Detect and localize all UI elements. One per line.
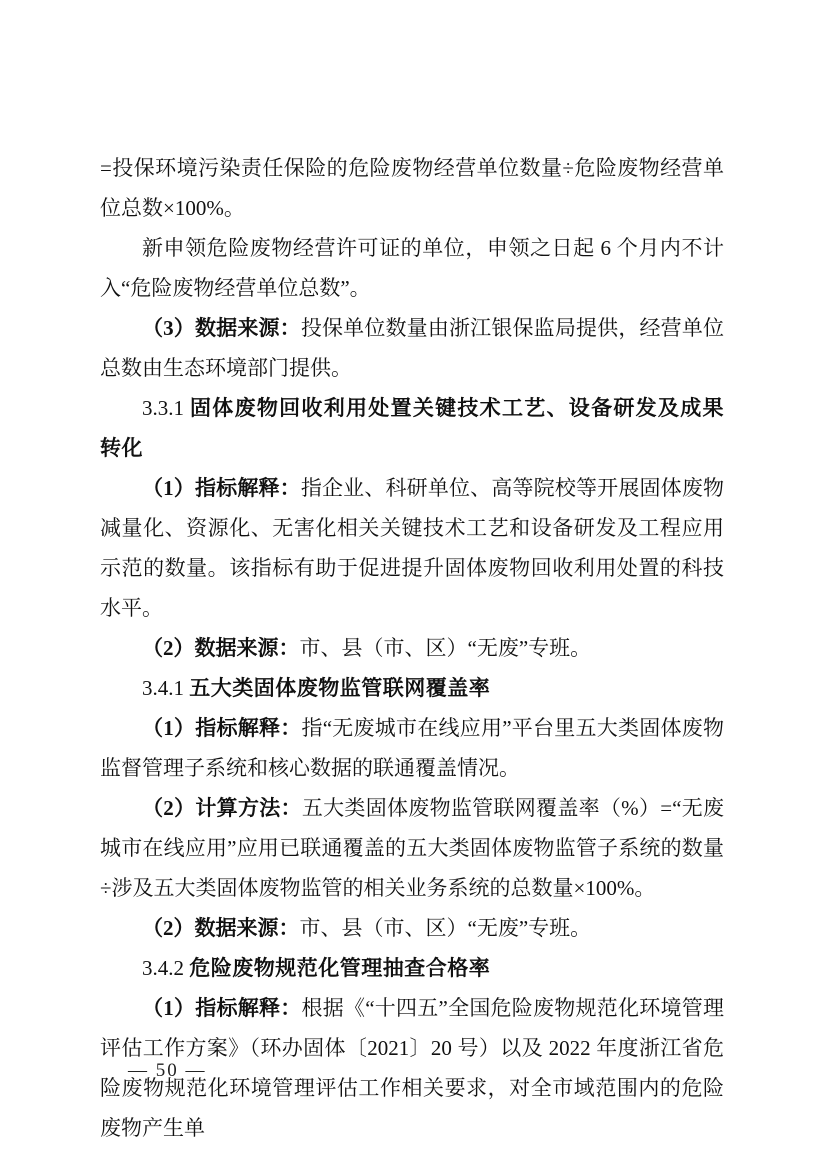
text-run: 新申领危险废物经营许可证的单位，申领之日起 6 个月内不计入“危险废物经营单位总… (100, 236, 724, 300)
bold-label-run: （1）指标解释： (142, 476, 301, 500)
paragraph: （1）指标解释：指“无废城市在线应用”平台里五大类固体废物监督管理子系统和核心数… (100, 708, 724, 788)
paragraph: =投保环境污染责任保险的危险废物经营单位数量÷危险废物经营单位总数×100%。 (100, 148, 724, 228)
bold-label-run: （1）指标解释： (142, 716, 301, 740)
text-run: 市、县（市、区）“无废”专班。 (300, 916, 592, 940)
page-number: — 50 — (128, 1058, 207, 1084)
bold-label-run: 固体废物回收利用处置关键技术工艺、设备研发及成果转化 (100, 396, 724, 460)
text-run: 3.4.1 (142, 676, 189, 700)
document-body: =投保环境污染责任保险的危险废物经营单位数量÷危险废物经营单位总数×100%。新… (100, 148, 724, 1148)
section-heading: 3.3.1 固体废物回收利用处置关键技术工艺、设备研发及成果转化 (100, 388, 724, 468)
bold-label-run: （2）计算方法： (142, 796, 302, 820)
paragraph: （2）数据来源：市、县（市、区）“无废”专班。 (100, 628, 724, 668)
text-run: 3.3.1 (142, 396, 190, 420)
bold-label-run: （1）指标解释： (142, 996, 301, 1020)
section-heading: 3.4.1 五大类固体废物监管联网覆盖率 (100, 668, 724, 708)
bold-label-run: （2）数据来源： (142, 916, 300, 940)
bold-label-run: 五大类固体废物监管联网覆盖率 (189, 676, 490, 700)
text-run: 市、县（市、区）“无废”专班。 (300, 636, 592, 660)
document-page: =投保环境污染责任保险的危险废物经营单位数量÷危险废物经营单位总数×100%。新… (0, 0, 826, 1169)
paragraph: 新申领危险废物经营许可证的单位，申领之日起 6 个月内不计入“危险废物经营单位总… (100, 228, 724, 308)
section-heading: 3.4.2 危险废物规范化管理抽查合格率 (100, 948, 724, 988)
paragraph: （2）计算方法：五大类固体废物监管联网覆盖率（%）=“无废城市在线应用”应用已联… (100, 788, 724, 908)
bold-label-run: 危险废物规范化管理抽查合格率 (189, 956, 490, 980)
paragraph: （3）数据来源：投保单位数量由浙江银保监局提供，经营单位总数由生态环境部门提供。 (100, 308, 724, 388)
text-run: 3.4.2 (142, 956, 189, 980)
bold-label-run: （2）数据来源： (142, 636, 300, 660)
paragraph: （2）数据来源：市、县（市、区）“无废”专班。 (100, 908, 724, 948)
bold-label-run: （3）数据来源： (142, 316, 301, 340)
paragraph: （1）指标解释：指企业、科研单位、高等院校等开展固体废物减量化、资源化、无害化相… (100, 468, 724, 628)
text-run: =投保环境污染责任保险的危险废物经营单位数量÷危险废物经营单位总数×100%。 (100, 156, 724, 220)
